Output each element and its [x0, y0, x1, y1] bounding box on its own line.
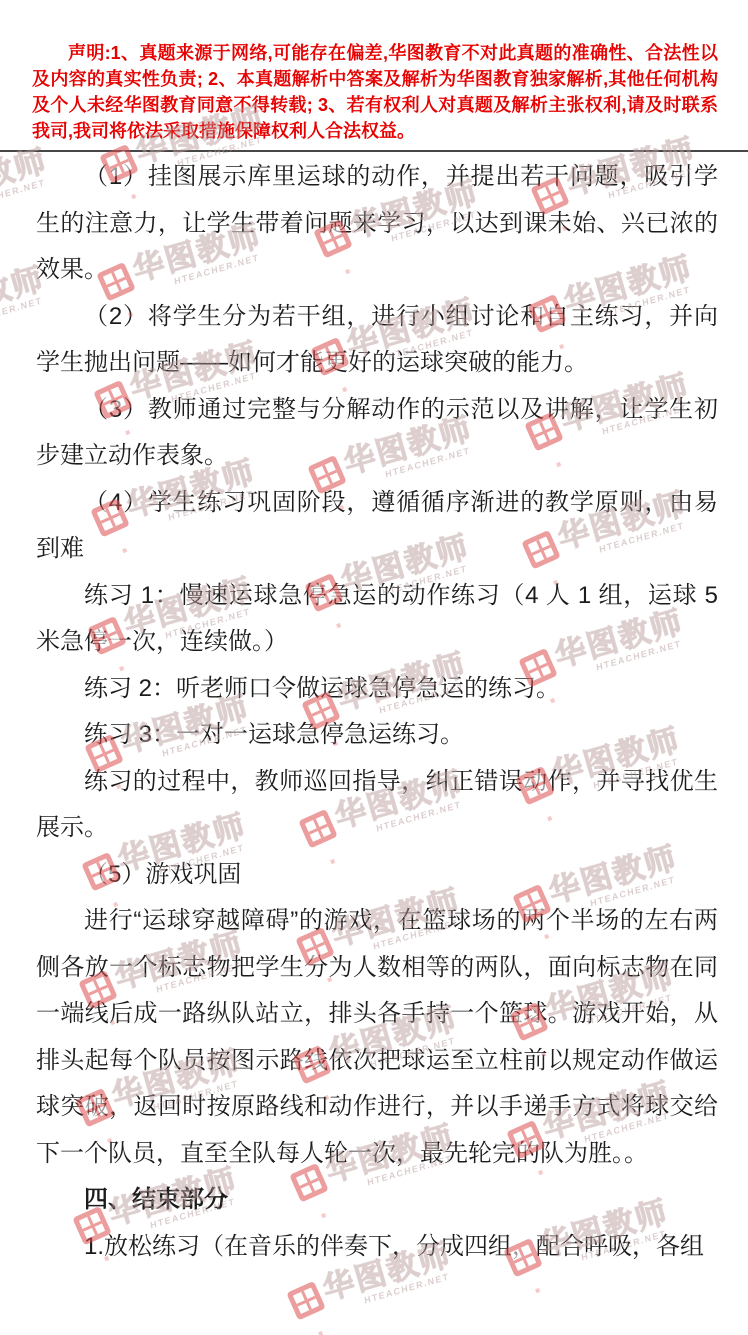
body-paragraph: 练习 1：慢速运球急停急运的动作练习（4 人 1 组，运球 5 米急停一次，连续…	[36, 573, 718, 666]
body-paragraph: （2）将学生分为若干组，进行小组讨论和自主练习，并向学生抛出问题——如何才能更好…	[36, 294, 718, 387]
huatu-logo-icon	[286, 1281, 326, 1321]
body-paragraph: （5）游戏巩固	[36, 852, 718, 899]
document-page: 声明:1、真题来源于网络,可能存在偏差,华图教育不对此真题的准确性、合法性以及内…	[0, 0, 748, 1335]
body-paragraph: 练习的过程中，教师巡回指导，纠正错误动作，并寻找优生展示。	[36, 759, 718, 852]
body-paragraph: 练习 3：一对一运球急停急运练习。	[36, 712, 718, 759]
body-paragraph: 练习 2：听老师口令做运球急停急运的练习。	[36, 666, 718, 713]
document-body: （1）挂图展示库里运球的动作，并提出若干问题，吸引学生的注意力，让学生带着问题来…	[0, 152, 748, 1270]
body-paragraph: （1）挂图展示库里运球的动作，并提出若干问题，吸引学生的注意力，让学生带着问题来…	[36, 154, 718, 294]
body-paragraph: 进行“运球穿越障碍”的游戏，在篮球场的两个半场的左右两侧各放一个标志物把学生分为…	[36, 898, 718, 1177]
body-paragraph: 1.放松练习（在音乐的伴奏下，分成四组，配合呼吸，各组	[36, 1224, 718, 1271]
document-content: 声明:1、真题来源于网络,可能存在偏差,华图教育不对此真题的准确性、合法性以及内…	[0, 0, 748, 1270]
body-paragraph: 四、结束部分	[36, 1177, 718, 1224]
body-paragraph: （3）教师通过完整与分解动作的示范以及讲解，让学生初步建立动作表象。	[36, 387, 718, 480]
body-paragraph: （4）学生练习巩固阶段，遵循循序渐进的教学原则，由易到难	[36, 480, 718, 573]
watermark-url-text: HTEACHER.NET	[364, 1269, 458, 1305]
disclaimer-text: 声明:1、真题来源于网络,可能存在偏差,华图教育不对此真题的准确性、合法性以及内…	[0, 0, 748, 144]
